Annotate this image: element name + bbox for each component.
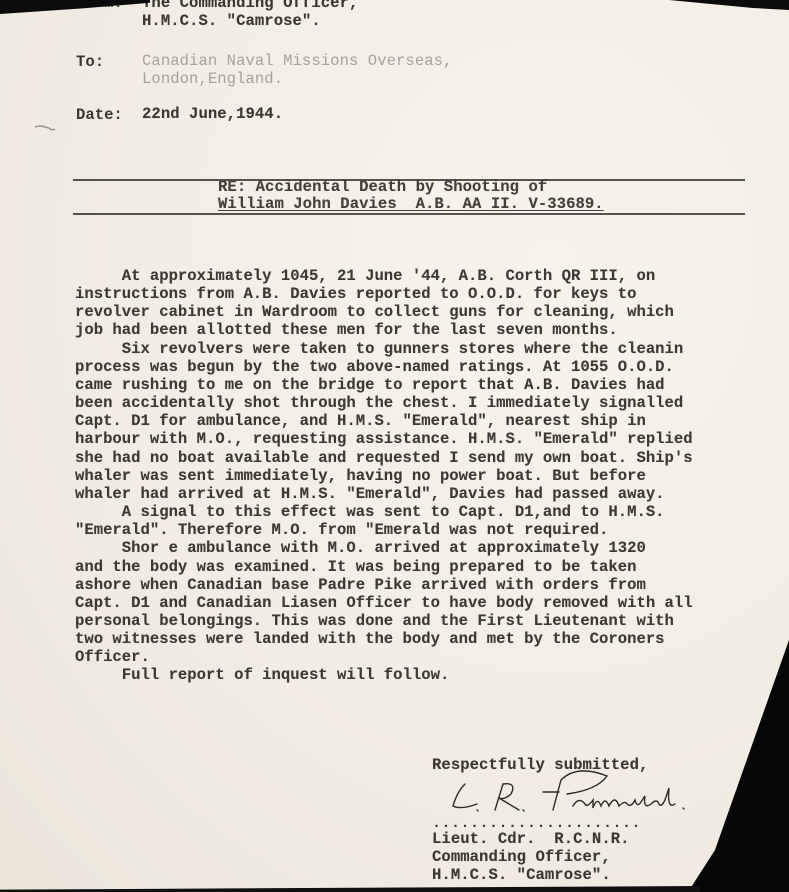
signatory-ship: H.M.C.S. "Camrose". (432, 867, 611, 885)
body-line: Capt. D1 and Canadian Liasen Officer to … (75, 594, 789, 612)
subject-line-2: William John Davies A.B. AA II. V-33689. (218, 196, 604, 214)
to-line-1: Canadian Naval Missions Overseas, (142, 53, 452, 71)
letter-body: At approximately 1045, 21 June '44, A.B.… (75, 267, 789, 685)
body-line: harbour with M.O., requesting assistance… (75, 430, 789, 448)
body-line: instructions from A.B. Davies reported t… (75, 285, 789, 303)
body-line: process was begun by the two above-named… (75, 358, 789, 376)
body-line: A signal to this effect was sent to Capt… (75, 503, 789, 521)
body-line: Shor e ambulance with M.O. arrived at ap… (75, 539, 789, 557)
body-line: revolver cabinet in Wardroom to collect … (75, 303, 789, 321)
body-line: she had no boat available and requested … (75, 449, 789, 467)
subject-bottom-rule (73, 213, 745, 215)
body-line: and the body was examined. It was being … (75, 558, 789, 576)
body-line: Six revolvers were taken to gunners stor… (75, 340, 789, 358)
date-label: Date: (76, 106, 123, 124)
body-line: At approximately 1045, 21 June '44, A.B.… (75, 267, 789, 285)
subject-line-1: RE: Accidental Death by Shooting of (218, 179, 547, 197)
body-line: Full report of inquest will follow. (75, 666, 789, 684)
body-line: been accidentally shot through the chest… (75, 394, 789, 412)
body-line: "Emerald". Therefore M.O. from "Emerald … (75, 521, 789, 539)
body-line: came rushing to me on the bridge to repo… (75, 376, 789, 394)
body-line: whaler was sent immediately, having no p… (75, 467, 789, 485)
body-line: ashore when Canadian base Padre Pike arr… (75, 576, 789, 594)
margin-mark-icon (33, 122, 61, 134)
body-line: personal belongings. This was done and t… (75, 612, 789, 630)
to-line-2: London,England. (142, 71, 283, 89)
body-line: Officer. (75, 648, 789, 666)
body-line: whaler had arrived at H.M.S. "Emerald", … (75, 485, 789, 503)
signatory-title: Commanding Officer, (432, 849, 611, 867)
body-line: job had been allotted these men for the … (75, 321, 789, 339)
to-label: To: (76, 53, 104, 71)
body-line: Capt. D1 for ambulance, and H.M.S. "Emer… (75, 412, 789, 430)
handwritten-signature: L. R. Paillard. (447, 770, 697, 818)
body-line: two witnesses were landed with the body … (75, 630, 789, 648)
date-value: 22nd June,1944. (142, 106, 283, 124)
signatory-rank: Lieut. Cdr. R.C.N.R. (432, 831, 630, 849)
from-line-2: H.M.C.S. "Camrose". (142, 13, 321, 31)
from-line-1: The Commanding Officer, (142, 0, 358, 13)
